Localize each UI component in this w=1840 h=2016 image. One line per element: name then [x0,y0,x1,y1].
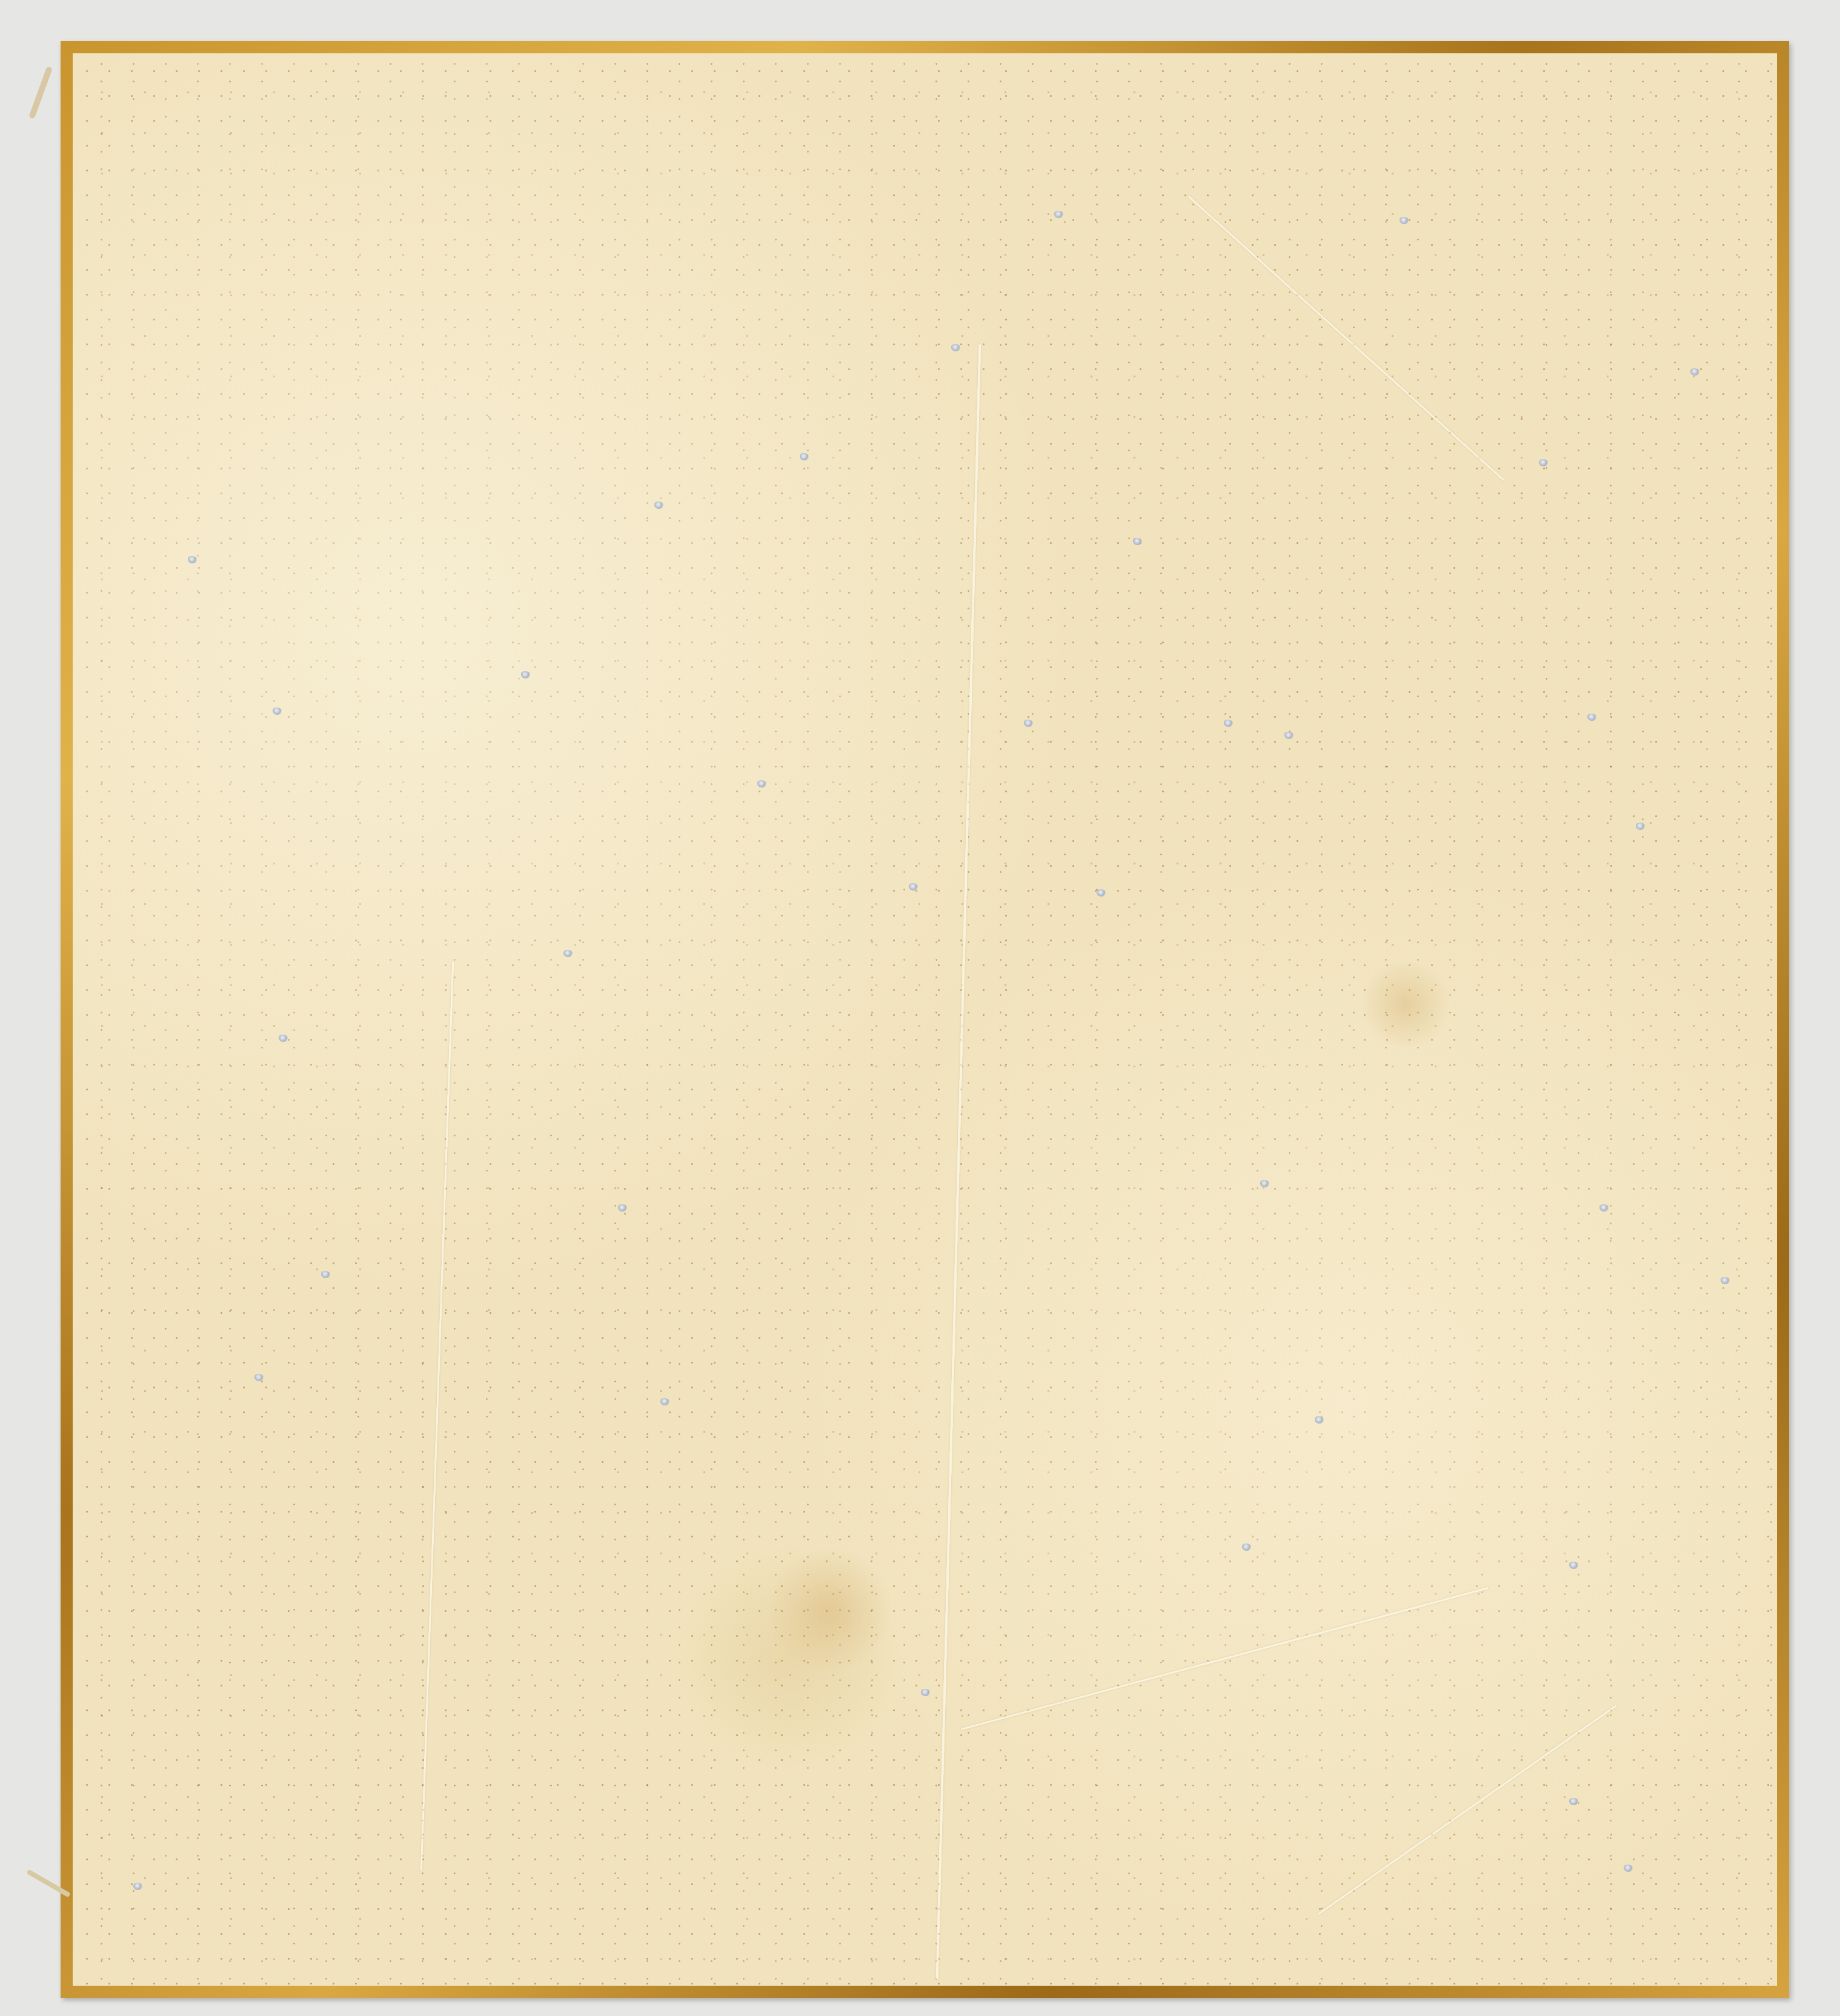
silver-flake [188,556,198,563]
silver-flake [660,1398,670,1405]
silver-flake [1097,889,1106,897]
silver-flake [1024,720,1034,727]
silver-flake [1587,714,1597,721]
silver-flake [1133,538,1143,545]
silver-flake [1400,217,1409,224]
silver-flake [654,502,664,509]
silver-flake [321,1271,331,1278]
silver-flake [254,1374,264,1381]
silver-flake [1054,211,1064,218]
silver-flake [1636,823,1646,830]
silver-flake [921,1689,931,1696]
silver-flake [563,950,573,957]
silver-flake [909,883,918,890]
silver-flake [1721,1277,1730,1284]
silver-flake [279,1035,288,1042]
paper-stain [763,1550,897,1671]
silver-flake [1569,1562,1579,1569]
silver-flake [951,344,961,351]
silver-flake [1224,720,1234,727]
paper-stain [1357,962,1454,1047]
silver-flake [1539,459,1549,466]
silver-flake [1284,732,1294,739]
silver-flake [757,780,767,787]
silver-flake [618,1204,628,1212]
silver-flake [1624,1865,1633,1872]
silver-flake [1315,1416,1324,1424]
silver-flake [1690,368,1700,376]
silver-flake [1260,1180,1270,1187]
silver-flake [521,671,531,678]
silver-flake [1242,1543,1252,1551]
silver-flake [1569,1798,1579,1805]
silver-flake [1599,1204,1609,1212]
silver-flake [133,1883,143,1890]
silver-flake [273,708,282,715]
loose-thread [28,66,53,119]
shikishi-board [61,41,1789,1998]
silver-flake [800,453,809,460]
